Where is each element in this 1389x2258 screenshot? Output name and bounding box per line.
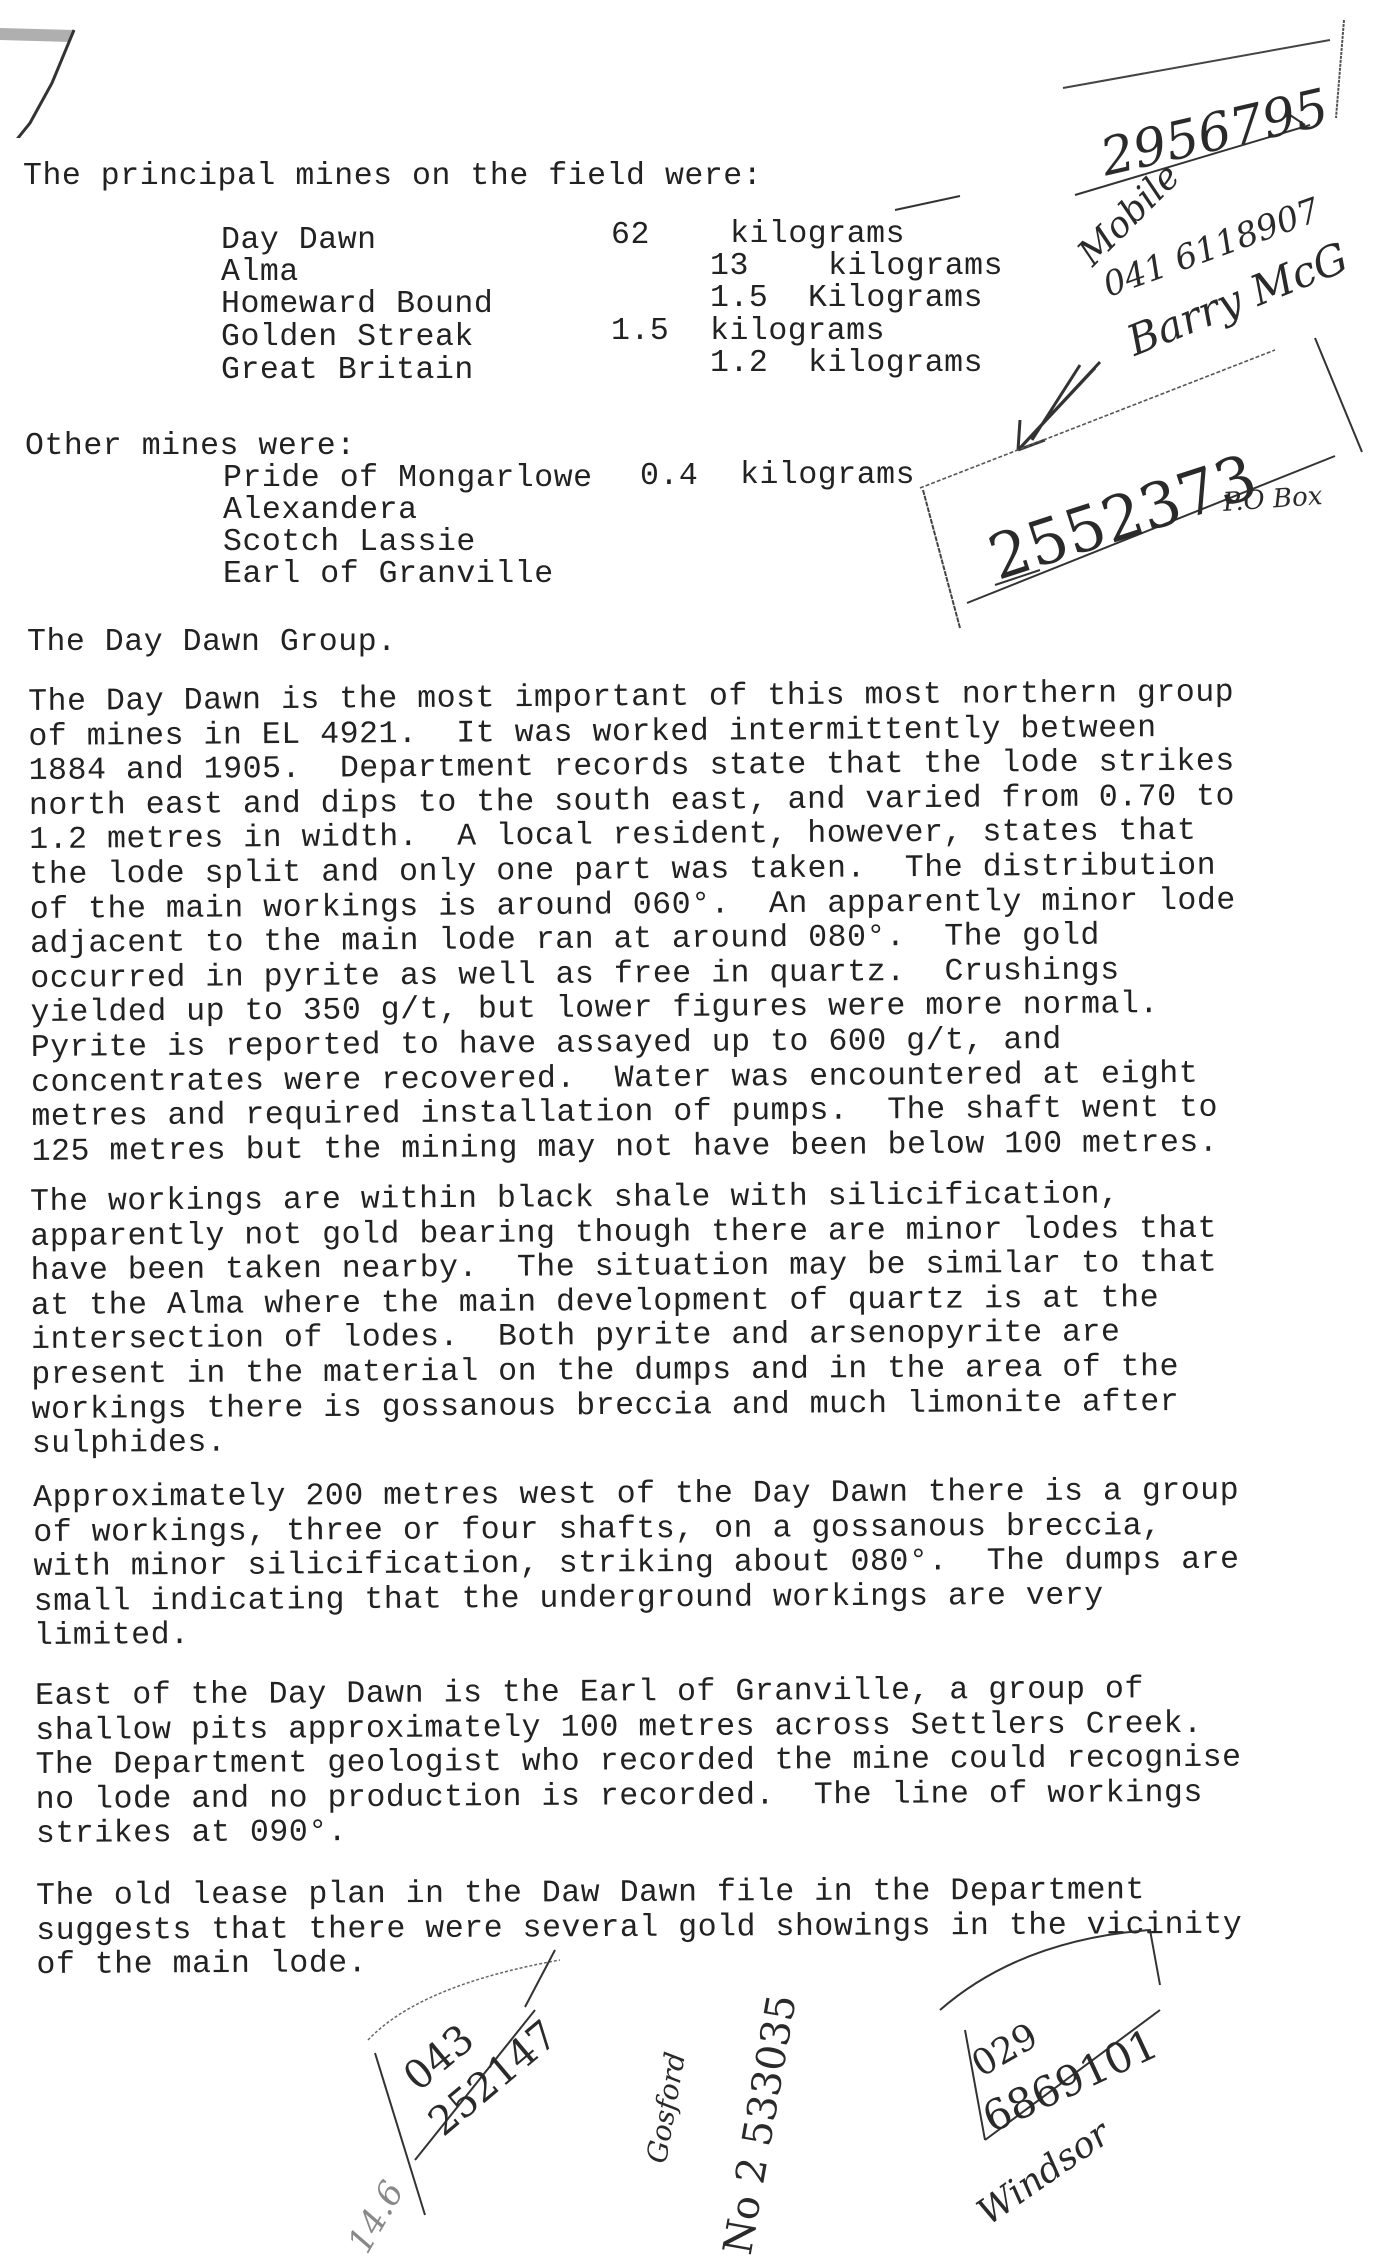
scanned-document-page: The principal mines on the field were: D… [0, 0, 1389, 2258]
